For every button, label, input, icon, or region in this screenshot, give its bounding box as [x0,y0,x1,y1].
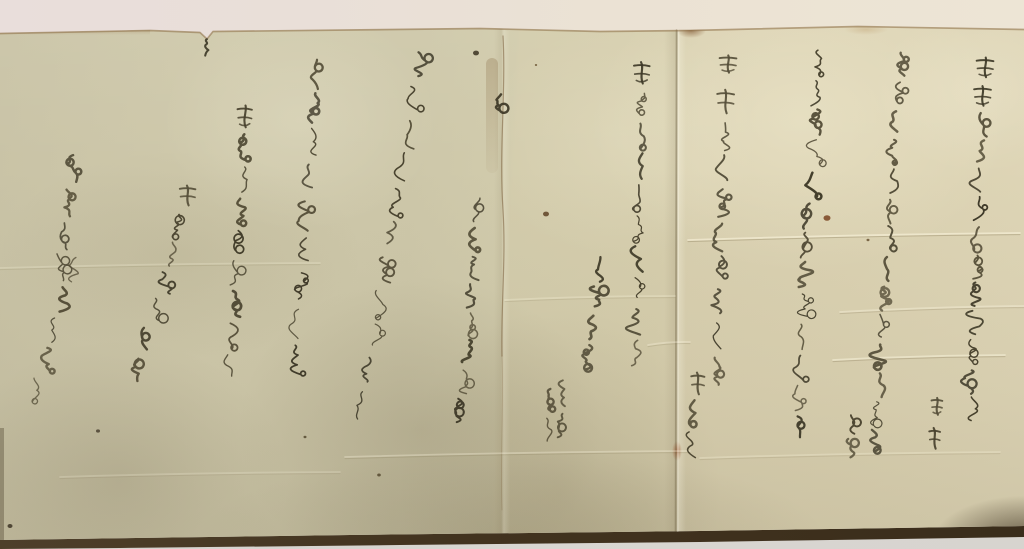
text-column-col-i1 [357,52,433,419]
ink-layer [0,0,1024,549]
top-edge-line [0,27,1024,40]
text-column-col-c [132,186,196,381]
paper-speck [867,239,870,241]
crease-mid-faint [501,356,502,510]
paper-speck [377,474,381,477]
text-column-col-k [870,53,909,454]
paper-speck [535,64,537,66]
crease-right-dark [676,30,677,531]
text-column-mark-fu [496,94,508,112]
photo-frame: { "meta": { "description": "Photograph o… [0,0,1024,549]
crease-right-light [678,30,679,531]
text-column-col-h2 [547,389,555,441]
text-column-col-e [32,258,78,404]
text-column-col-b [224,106,252,377]
text-column-col-j [961,58,993,421]
text-column-col-i2 [455,198,484,422]
text-column-col-h1 [558,380,566,437]
text-column-mark-hook [205,39,208,55]
paper-speck [473,51,479,56]
paper-speck [543,212,549,217]
text-column-col-d [57,155,81,281]
crease-mid [502,36,504,356]
paper-speck [96,429,100,432]
paper-speck [824,215,831,221]
text-column-col-g [582,257,608,372]
calligraphy-columns [32,39,993,457]
text-column-col-l [793,50,826,437]
text-column-col-f [626,62,650,366]
text-column-col-n [686,373,704,458]
text-column-col-k-inset [847,415,861,457]
text-column-col-a [289,60,323,376]
paper-speck [304,436,307,438]
paper-speck [8,524,13,528]
text-column-col-m [711,55,736,384]
text-column-col-signature [929,398,942,449]
